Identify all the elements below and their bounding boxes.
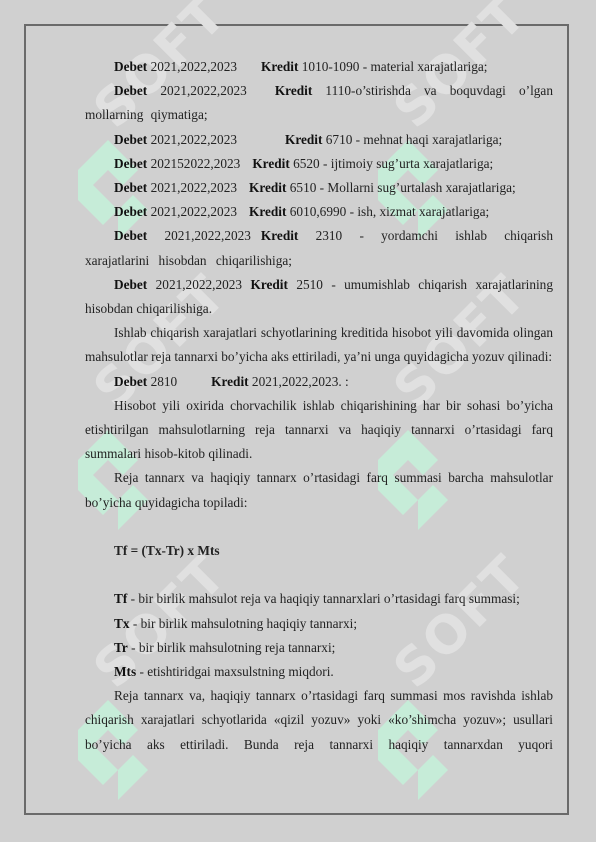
formula: Tf = (Tx-Tr) x Mts [85,539,553,563]
journal-entry: Debet 2021,2022,2023Kredit 6710 - mehnat… [85,128,553,152]
journal-entry: Debet 2021,2022,2023 Kredit 2510 - umumi… [85,273,553,321]
journal-entry: Debet 202152022,2023Kredit 6520 - ijtimo… [85,152,553,176]
journal-entry: Debet 2021,2022,2023Kredit 2310 - yordam… [85,224,553,272]
journal-entry: Debet 2021,2022,2023Kredit 6510 - Mollar… [85,176,553,200]
journal-entry: Debet 2021,2022,2023Kredit 1110-o’stiris… [85,79,553,127]
paragraph: Hisobot yili oxirida chorvachilik ishlab… [85,394,553,467]
definition-item: Tx - bir birlik mahsulotning haqiqiy tan… [85,612,553,636]
document-body: Debet 2021,2022,2023Kredit 1010-1090 - m… [85,55,553,757]
paragraph: Ishlab chiqarish xarajatlari schyotlarin… [85,321,553,369]
paragraph: Reja tannarx va, haqiqiy tannarx o’rtasi… [85,684,553,757]
paragraph: Reja tannarx va haqiqiy tannarx o’rtasid… [85,466,553,514]
journal-entry: Debet 2021,2022,2023Kredit 1010-1090 - m… [85,55,553,79]
definition-item: Tr - bir birlik mahsulotning reja tannar… [85,636,553,660]
journal-entry: Debet 2810Kredit 2021,2022,2023. : [85,370,553,394]
journal-entry: Debet 2021,2022,2023Kredit 6010,6990 - i… [85,200,553,224]
definition-item: Mts - etishtiridgai maxsulstning miqdori… [85,660,553,684]
definition-item: Tf - bir birlik mahsulot reja va haqiqiy… [85,587,553,611]
